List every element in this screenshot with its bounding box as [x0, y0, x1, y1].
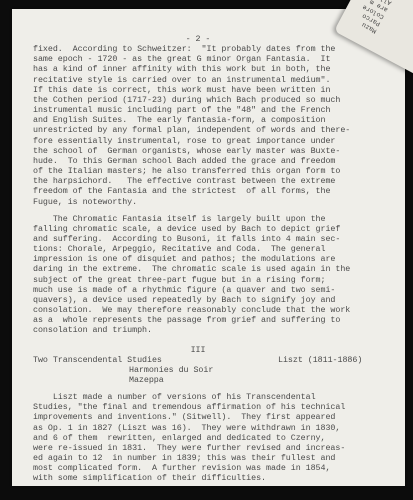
text-line: has a kind of inner affinity with this w… [33, 64, 403, 74]
text-line: recitative style is carried over to an i… [33, 75, 403, 85]
paragraph-schweitzer: fixed. According to Schweitzer: "It prob… [33, 44, 403, 207]
text-line: daring in the extreme. The chromatic sca… [33, 264, 403, 274]
text-line: with some simplification of their diffic… [33, 473, 403, 483]
text-line: fore essentially instrumental, rose to g… [33, 136, 403, 146]
text-line: If this date is correct, this work must … [33, 85, 403, 95]
text-line: as a whole represents the passage from g… [33, 315, 403, 325]
section-composer: Liszt (1811-1886) [278, 355, 362, 365]
text-line: ed again to 12 in number in 1839; this w… [33, 453, 403, 463]
text-line: freedom of the Fantasia and the strictes… [33, 186, 403, 196]
text-line: much use is made of a rhythmic figure (a… [33, 285, 403, 295]
paragraph-liszt: Liszt made a number of versions of his T… [33, 392, 403, 483]
text-line: of the Italian masters; he also transfer… [33, 166, 403, 176]
text-line: hude. To this German school Bach added t… [33, 156, 403, 166]
text-line: consolation and triumph. [33, 325, 403, 335]
work-title: Harmonies du Soir [33, 365, 403, 375]
text-line: Liszt made a number of versions of his T… [33, 392, 403, 402]
text-line: most complicated form. A further revisio… [33, 463, 403, 473]
spacer [33, 336, 403, 345]
text-line: unrestricted by any formal plan, indepen… [33, 125, 403, 135]
typed-page: Mazu Parco Colore are m All a - 2 - fixe… [12, 9, 405, 486]
text-line: and suffering. According to Busoni, it f… [33, 234, 403, 244]
text-line: impression is one of disquiet and pathos… [33, 254, 403, 264]
text-line: as Op. 1 in 1827 (Liszt was 16). They we… [33, 423, 403, 433]
section-title: Two Transcendental Studies [33, 355, 162, 365]
text-line: falling chromatic scale, a device used b… [33, 224, 403, 234]
corner-fragment-text: Mazu Parco Colore are m All a [354, 0, 393, 35]
text-line: consolation. We may therefore reasonably… [33, 305, 403, 315]
section-numeral: III [33, 345, 363, 355]
text-line: Studies, "the final and tremendous affir… [33, 402, 403, 412]
text-line: the Cothen period (1717-23) during which… [33, 95, 403, 105]
text-line: the school of German organists, whose ea… [33, 146, 403, 156]
text-line: the harpsichord. The effective contrast … [33, 176, 403, 186]
text-line: The Chromatic Fantasia itself is largely… [33, 214, 403, 224]
text-line: were re-issued in 1831. They were furthe… [33, 443, 403, 453]
text-line: and English Suites. The early fantasia-f… [33, 115, 403, 125]
text-line: and 6 of them rewritten, enlarged and de… [33, 433, 403, 443]
section-heading: III Two Transcendental Studies Liszt (18… [33, 345, 403, 386]
text-line: fixed. According to Schweitzer: "It prob… [33, 44, 403, 54]
work-title: Mazeppa [33, 375, 403, 385]
text-line: quavers), a device used repeatedly by Ba… [33, 295, 403, 305]
spacer [33, 385, 403, 392]
paragraph-chromatic-fantasia: The Chromatic Fantasia itself is largely… [33, 214, 403, 336]
text-line: instrumental music including part of the… [33, 105, 403, 115]
text-line: subject of the great three-part fugue bu… [33, 275, 403, 285]
section-title-row: Two Transcendental Studies Liszt (1811-1… [33, 355, 403, 365]
text-line: Fugue, is noteworthy. [33, 197, 403, 207]
text-line: improvements and inventions." (Sitwell).… [33, 412, 403, 422]
page-number: - 2 - [33, 34, 363, 44]
page-body: - 2 - fixed. According to Schweitzer: "I… [33, 34, 403, 484]
text-line: tions: Chorale, Arpeggio, Recitative and… [33, 244, 403, 254]
text-line: same epoch - 1720 - as the great G minor… [33, 54, 403, 64]
spacer [33, 207, 403, 214]
